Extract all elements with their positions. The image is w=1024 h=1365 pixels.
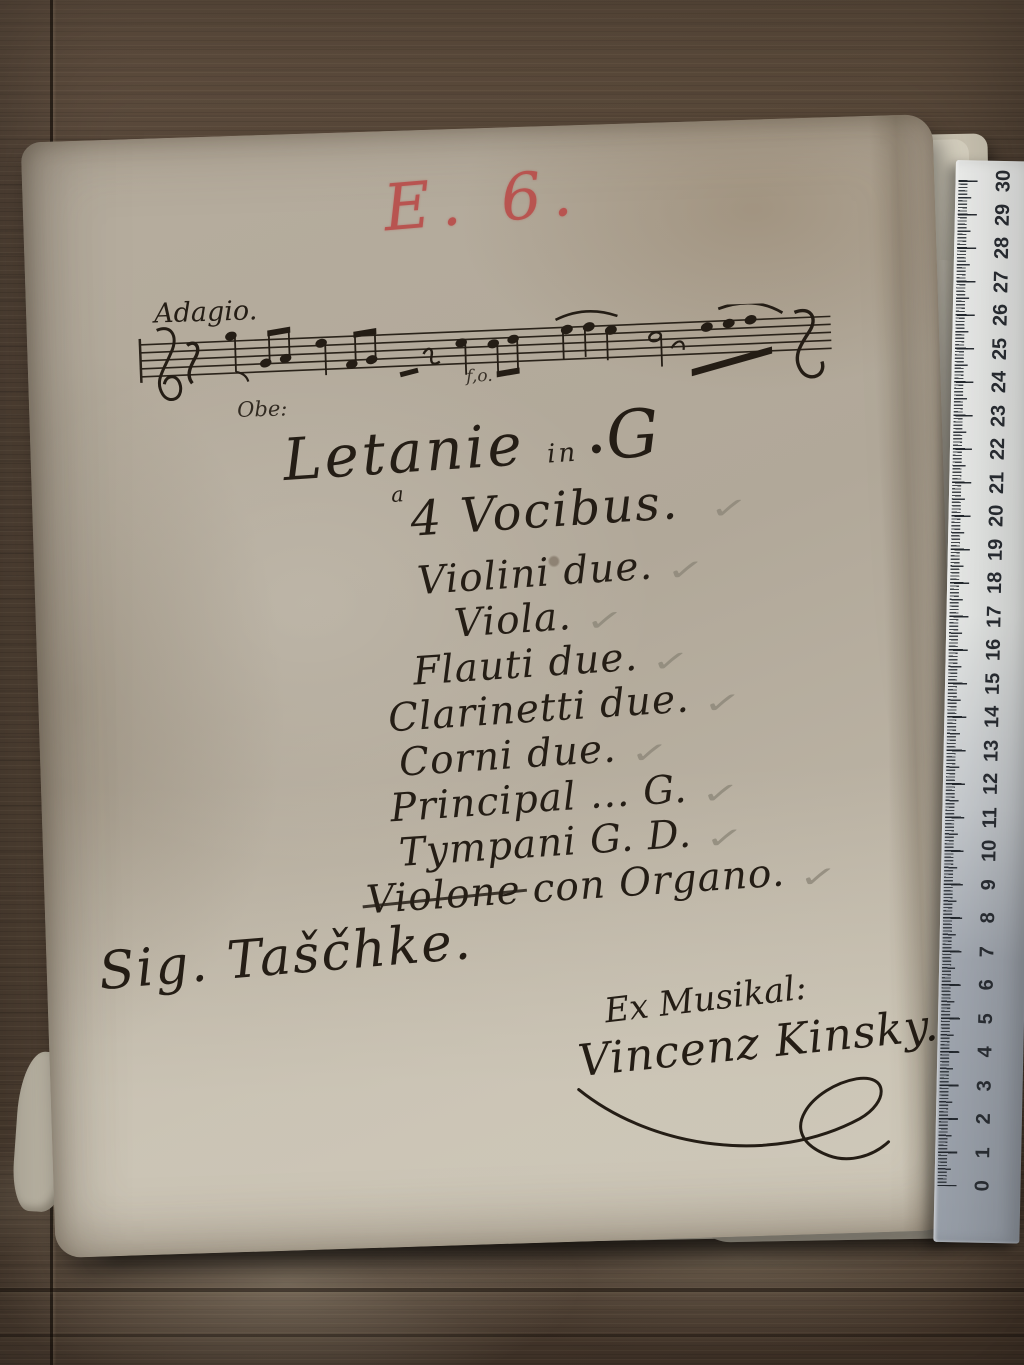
pencil-checkmark: ✓ xyxy=(664,550,708,593)
ruler-number: 26 xyxy=(991,297,1010,333)
owner-signature: Sig. Taščhke. xyxy=(97,911,475,1002)
photo-scene: E. 6. Adagio. xyxy=(0,0,1024,1365)
ruler-number: 10 xyxy=(980,833,999,869)
ruler-number: 24 xyxy=(990,364,1009,400)
instrument-label: Viola. xyxy=(453,594,573,647)
incipit-annotation: f,o. xyxy=(466,366,493,387)
ruler-number: 11 xyxy=(981,799,1000,835)
ruler-number: 14 xyxy=(983,699,1002,735)
ruler-number: 1 xyxy=(974,1134,993,1170)
incipit-instrument-label: Obe: xyxy=(237,396,288,422)
ruler-number: 13 xyxy=(982,732,1001,768)
scoring-prefix: a xyxy=(390,482,406,507)
wood-groove xyxy=(0,1288,1024,1292)
pencil-checkmark: ✓ xyxy=(703,818,747,861)
instrument-list: Violini due.✓ Viola.✓ Flauti due.✓ Clari… xyxy=(328,530,911,926)
ruler-number: 12 xyxy=(982,766,1001,802)
ruler-number: 7 xyxy=(978,933,997,969)
ruler-number: 30 xyxy=(994,163,1013,199)
manuscript-cover: E. 6. Adagio. xyxy=(21,114,968,1258)
ruler-number: 2 xyxy=(975,1101,994,1137)
pencil-checkmark: ✓ xyxy=(628,733,672,776)
ruler-number: 17 xyxy=(985,598,1004,634)
pencil-checkmark: ✓ xyxy=(583,600,627,643)
ruler-number: 15 xyxy=(984,665,1003,701)
ruler-number: 6 xyxy=(977,967,996,1003)
ruler-number: 20 xyxy=(987,498,1006,534)
shelf-mark: E. 6. xyxy=(300,149,665,253)
ruler-number: 23 xyxy=(989,397,1008,433)
pencil-checkmark: ✓ xyxy=(796,857,840,900)
ruler-number: 4 xyxy=(976,1034,995,1070)
ruler-number: 25 xyxy=(991,330,1010,366)
wood-groove xyxy=(0,1334,1024,1337)
ruler-number: 18 xyxy=(986,565,1005,601)
ruler-number: 27 xyxy=(992,263,1011,299)
title-connector: in xyxy=(546,438,579,470)
ruler-number: 28 xyxy=(993,230,1012,266)
pencil-checkmark: ✓ xyxy=(701,683,745,726)
ruler-number: 0 xyxy=(973,1168,992,1204)
ruler-number: 5 xyxy=(977,1000,996,1036)
title-key: G xyxy=(589,394,665,476)
ruler-number: 22 xyxy=(989,431,1008,467)
pencil-checkmark: ✓ xyxy=(699,773,743,816)
pencil-checkmark: ✓ xyxy=(708,491,753,527)
ruler-numbers: 3029282726252423222120191817161514131211… xyxy=(956,160,1024,162)
ruler-number: 16 xyxy=(984,632,1003,668)
ruler-number: 9 xyxy=(979,866,998,902)
ruler-number: 8 xyxy=(979,900,998,936)
ruler-number: 19 xyxy=(986,531,1005,567)
ruler-number: 3 xyxy=(975,1067,994,1103)
signature-flourish xyxy=(570,1063,917,1178)
ruler-number: 21 xyxy=(988,464,1007,500)
pencil-checkmark: ✓ xyxy=(649,641,693,684)
ruler-number: 29 xyxy=(993,196,1012,232)
